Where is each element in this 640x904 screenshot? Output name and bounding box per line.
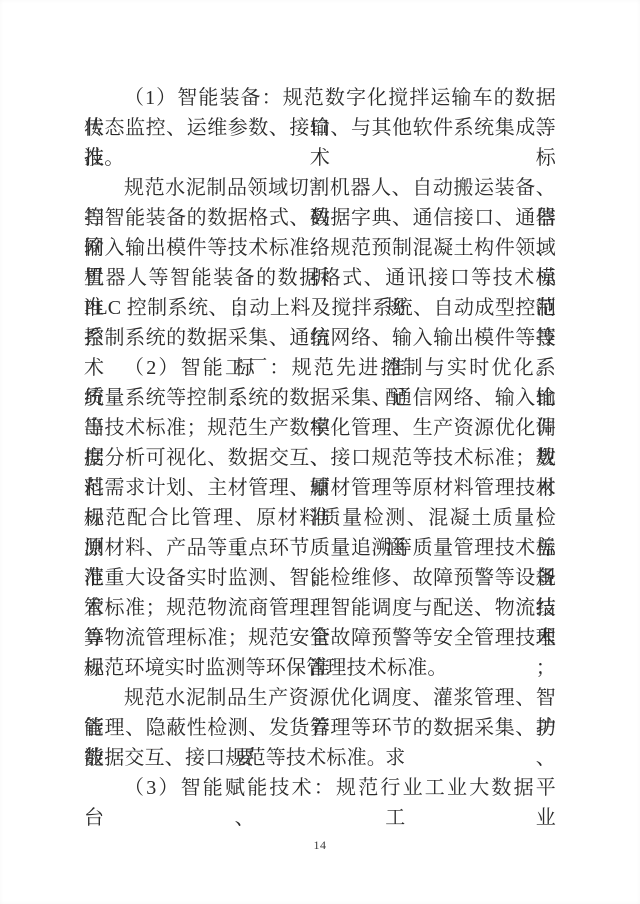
text-line: 质量系统等控制系统的数据采集、通信网络、输入输出模件: [84, 383, 556, 413]
text-line: 状态监控、运维参数、接口、与其他软件系统集成等技术标: [84, 113, 556, 143]
page-number: 14: [0, 838, 640, 853]
document-page: （1）智能装备：规范数字化搅拌运输车的数据传输、 状态监控、运维参数、接口、与其…: [0, 0, 640, 904]
text-line: 等技术标准；规范生产数字化管理、生产资源优化调度、数: [84, 413, 556, 443]
text-line: 管理、隐蔽性检测、发货管理等环节的数据采集、功能要求、: [84, 713, 556, 743]
text-line: 机器人等智能装备的数据格式、通讯接口等技术标准；规范: [84, 263, 556, 293]
text-line: 原材料、产品等重点环节质量追溯等质量管理技术标准；规: [84, 533, 556, 563]
text-line: 输入输出模件等技术标准；规范预制混凝土构件领域置拆模: [84, 233, 556, 263]
text-line: 规范配合比管理、原材料质量检测、混凝土质量检测、涵盖: [84, 503, 556, 533]
document-body: （1）智能装备：规范数字化搅拌运输车的数据传输、 状态监控、运维参数、接口、与其…: [84, 83, 556, 803]
text-line: 术标准；规范物流商管理、智能调度与配送、物流结算管理: [84, 593, 556, 623]
text-line: 范重大设备实时监测、智能检维修、故障预警等设备管理技: [84, 563, 556, 593]
text-line: 规范水泥制品生产资源优化调度、灌浆管理、智能养护: [84, 683, 556, 713]
text-line: 控制系统的数据采集、通信网络、输入输出模件等技术标准。: [84, 323, 556, 353]
text-line: （2）智能工厂：规范先进控制与实时优化系统、配比: [84, 353, 556, 383]
text-line: （1）智能装备：规范数字化搅拌运输车的数据传输、: [84, 83, 556, 113]
text-line: 等智能装备的数据格式、数据字典、通信接口、通信网络、: [84, 203, 556, 233]
text-line: 等物流管理标准；规范安全故障预警等安全管理技术标准；: [84, 623, 556, 653]
text-line: PLC 控制系统、自动上料及搅拌系统、自动成型控制系统等: [84, 293, 556, 323]
text-line: 料需求计划、主材管理、辅材管理等原材料管理技术标准；: [84, 473, 556, 503]
text-line: 据分析可视化、数据交互、接口规范等技术标准；规范原材: [84, 443, 556, 473]
text-line: （3）智能赋能技术：规范行业工业大数据平台、工业: [84, 773, 556, 803]
text-line: 规范水泥制品领域切割机器人、自动搬运装备、扫码器: [84, 173, 556, 203]
